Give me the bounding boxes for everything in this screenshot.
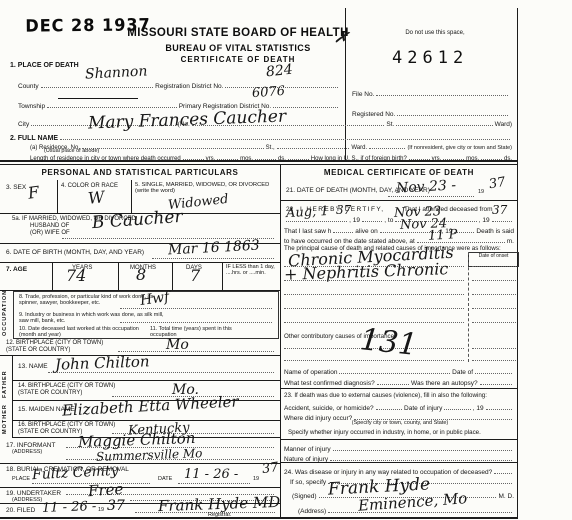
to-19: , 19 — [479, 217, 490, 224]
attended-from-value: Aug, 1 — [286, 205, 329, 220]
date-of-onset-box: Date of onset — [468, 252, 519, 267]
row-line-11 — [0, 487, 280, 488]
column-divider-line — [280, 164, 281, 517]
age-div-3 — [172, 262, 173, 290]
ls-year-blank — [454, 225, 474, 233]
operation-blank — [339, 366, 450, 374]
burial-place-value: Fultz Cemty — [32, 464, 119, 483]
r-row-line-3 — [280, 439, 518, 440]
nature-blank — [330, 453, 512, 461]
contrib-onset-line-1 — [472, 348, 516, 349]
section-rule-2 — [0, 164, 518, 165]
occupation-related-label: 24. Was disease or injury in any way rel… — [284, 469, 492, 476]
dob-label: 6. DATE OF BIRTH (MONTH, DAY, AND YEAR) — [6, 249, 144, 256]
row-line-3 — [0, 262, 280, 263]
residence-ward-label: Ward. — [351, 145, 367, 151]
autopsy-label: Was there an autopsy? — [411, 380, 478, 387]
township-crossed-out-value: –––––––––– — [58, 92, 138, 104]
operation-row: Name of operation Date of — [284, 366, 514, 376]
if-less-note: IF LESS than 1 day, ....hrs. or ....min. — [226, 264, 276, 276]
age-years-value: 74 — [66, 268, 86, 284]
filed-label: 20. FILED — [6, 507, 35, 514]
manner-injury-label: Manner of injury — [284, 446, 331, 453]
birthplace-label: 12. BIRTHPLACE (CITY OR TOWN) (STATE OR … — [6, 340, 103, 354]
registration-district-value: 824 — [265, 63, 293, 80]
occupation-related-blank — [494, 466, 512, 474]
father-vertical-label: FATHER — [2, 358, 8, 398]
occurred-label: to have occurred on the date stated abov… — [284, 238, 415, 245]
onset-line-5 — [472, 322, 516, 323]
registered-no-row: Registered No. — [352, 108, 510, 118]
cause-line-4 — [284, 308, 464, 309]
alive-on-label: alive on — [355, 228, 377, 235]
contrib-line-2 — [284, 360, 464, 361]
sex-label: 3. SEX — [6, 184, 26, 191]
last-saw-row: That I last saw h alive on , 19 Death is… — [284, 225, 514, 235]
burial-date-value: 11 - 26 - — [184, 468, 238, 481]
or-wife-of-label: (OR) WIFE OF — [30, 230, 70, 237]
row-line-6 — [12, 380, 280, 381]
lr-mos-blank — [217, 152, 238, 160]
residence-row: (a) Residence. No. St., Ward. (If nonres… — [30, 141, 512, 151]
m-label: m. — [507, 238, 514, 245]
spouse-name-value: B Caucher — [92, 209, 184, 232]
certificate-subtitle: CERTIFICATE OF DEATH — [122, 55, 354, 64]
injury-year-blank — [486, 402, 512, 410]
hl-ds-label: ds. — [504, 156, 512, 162]
file-no-row: File No. — [352, 88, 510, 98]
occurred-row: to have occurred on the date stated abov… — [284, 235, 514, 245]
onset-line-1 — [472, 266, 516, 267]
hl-mos-blank — [443, 152, 464, 160]
date-of-death-value: Nov 23 - — [396, 178, 457, 195]
date-of-onset-label: Date of onset — [479, 253, 509, 259]
onset-column-line — [468, 252, 469, 362]
injury-date-blank — [444, 402, 470, 410]
attended-to-year-value: 37 — [492, 204, 507, 216]
bureau-subtitle: BUREAU OF VITAL STATISTICS — [122, 43, 354, 53]
onset-line-3 — [472, 294, 516, 295]
dod-year-value: 37 — [488, 176, 507, 192]
total-time-label: 11. Total time (years) spent in this occ… — [150, 326, 245, 338]
hl-yrs-blank — [409, 152, 430, 160]
industry-blank — [120, 322, 272, 323]
time-of-death-value: 11 P — [428, 228, 458, 243]
test-blank — [377, 377, 409, 385]
burial-date-label: DATE — [158, 476, 172, 482]
registered-no-blank — [397, 108, 508, 116]
autopsy-blank — [480, 377, 512, 385]
full-name-value: Mary Frances Caucher — [88, 109, 287, 133]
file-no-blank — [376, 88, 508, 96]
undertaker-address-label: (ADDRESS) — [12, 497, 42, 503]
age-days-value: 7 — [190, 268, 200, 284]
filed-19-label: 19 — [98, 507, 104, 513]
occupation-vertical-label: OCCUPATION — [2, 294, 8, 336]
specify-industry-note: Specify whether injury occurred in indus… — [288, 429, 481, 436]
date-of-label: Date of — [452, 369, 473, 376]
board-title: MISSOURI STATE BOARD OF HEALTH — [122, 27, 354, 39]
age-label: 7. AGE — [6, 266, 27, 273]
registration-district-label: Registration District No. — [155, 83, 223, 90]
medical-certificate-header: MEDICAL CERTIFICATE OF DEATH — [280, 168, 518, 177]
county-row: County Registration District No. — [18, 80, 340, 90]
primary-district-value: 6076 — [252, 85, 286, 100]
filed-date-value: 11 - 26 - — [42, 500, 97, 515]
city-st-blank — [396, 118, 492, 126]
sex-race-divider — [57, 180, 58, 213]
hl-gap — [288, 152, 309, 160]
cause-line-3 — [284, 294, 464, 295]
residence-st-label: St., — [266, 145, 275, 151]
file-no-label: File No. — [352, 91, 374, 98]
registrar-label: Registrar. — [208, 512, 232, 518]
r-row-line-1 — [280, 200, 518, 201]
accident-row: Accident, suicide, or homicide? Date of … — [284, 402, 514, 412]
county-label: County — [18, 83, 39, 90]
last-worked-label: 10. Date deceased last worked at this oc… — [19, 326, 141, 338]
to-label: , to — [384, 217, 393, 224]
clerk-mark: ✗ — [333, 29, 350, 48]
burial-year-value: 37 — [261, 461, 279, 476]
father-birthplace-label: 14. BIRTHPLACE (CITY OR TOWN) (STATE OR … — [18, 383, 115, 397]
burial-place-label: PLACE — [12, 476, 30, 482]
last-saw-label: That I last saw h — [284, 228, 331, 235]
burial-19-label: 19 — [253, 476, 259, 482]
county-value: Shannon — [85, 64, 148, 81]
operation-date-blank — [475, 366, 512, 374]
last-saw-blank1 — [333, 225, 353, 233]
informant-address-value: Summersville Mo — [96, 447, 203, 463]
informant-address-label: (ADDRESS) — [12, 449, 42, 455]
township-label: Township — [18, 103, 45, 110]
place-of-death-title: 1. PLACE OF DEATH — [10, 62, 79, 70]
city-label: City — [18, 121, 29, 128]
lr-ds-blank — [255, 152, 276, 160]
diagnosis-row: What test confirmed diagnosis? Was there… — [284, 377, 514, 387]
specify-city-note: (Specify city or town, county, and State… — [300, 420, 500, 426]
dod-19-label: 19 — [478, 189, 484, 195]
hl-ds-blank — [481, 152, 502, 160]
certificate-number: 42612 — [392, 48, 468, 68]
undertaker-value: Free — [88, 482, 124, 499]
onset-line-4 — [472, 308, 516, 309]
mother-vertical-label: MOTHER — [2, 404, 8, 434]
father-name-label: 13. NAME — [18, 363, 48, 370]
lr-ds-label: ds. — [278, 156, 286, 162]
marital-label: 5. SINGLE, MARRIED, WIDOWED, OR DIVORCED… — [135, 182, 275, 195]
age-div-2 — [118, 262, 119, 290]
city-st-label: St. — [386, 121, 394, 128]
husband-of-label: HUSBAND OF — [30, 223, 69, 230]
accident-blank — [376, 402, 402, 410]
do-not-use-note: Do not use this space, — [360, 30, 510, 37]
row-line-8 — [12, 420, 280, 421]
onset-line-2 — [472, 280, 516, 281]
signed-label: (Signed) — [292, 493, 317, 500]
maiden-name-value: Elizabeth Etta Wheeler — [62, 394, 239, 418]
hl-mos-label: mos. — [466, 156, 479, 162]
age-months-value: 8 — [136, 267, 146, 283]
birthplace-value: Mo — [166, 338, 189, 352]
burial-date-blank — [178, 483, 250, 484]
length-residence-row: Length of residence in city or town wher… — [30, 152, 512, 162]
dob-value: Mar 16 1863 — [168, 239, 260, 258]
from-year-blank — [362, 214, 382, 222]
occupation-related-row: 24. Was disease or injury in any way rel… — [284, 466, 514, 476]
external-causes-label: 23. If death was due to external causes … — [284, 392, 487, 399]
nonresident-note: (If nonresident, give city or town and S… — [407, 145, 512, 151]
bottom-rule — [0, 517, 518, 519]
personal-particulars-header: PERSONAL AND STATISTICAL PARTICULARS — [0, 168, 280, 177]
manner-blank — [333, 443, 512, 451]
contrib-onset-line-2 — [472, 360, 516, 361]
from-19: , 19 — [349, 217, 360, 224]
age-div-1 — [52, 262, 53, 290]
operation-label: Name of operation — [284, 369, 337, 376]
residence-no-blank — [82, 141, 264, 149]
date-injury-label: Date of injury — [404, 405, 442, 412]
residence-ward-blank — [369, 141, 405, 149]
registered-no-label: Registered No. — [352, 111, 395, 118]
lr-yrs-label: yrs. — [206, 156, 216, 162]
injury-19: , 19 — [473, 405, 484, 412]
father-name-value: John Chilton — [55, 354, 150, 372]
manner-row: Manner of injury — [284, 443, 514, 453]
r-row-line-4 — [280, 462, 518, 463]
sex-value: F — [27, 184, 40, 201]
row-line-10 — [0, 463, 280, 464]
trade-value: Hwf — [139, 290, 170, 308]
lr-mos-label: mos. — [240, 156, 253, 162]
md-label: M. D. — [498, 493, 514, 500]
length-residence-label: Length of residence in city or town wher… — [30, 156, 181, 162]
attended-from-year-value: 37 — [336, 204, 351, 216]
death-certificate-scan: DEC 28 1937 MISSOURI STATE BOARD OF HEAL… — [0, 0, 572, 520]
accident-label: Accident, suicide, or homicide? — [284, 405, 374, 412]
death-said-label: Death is said — [476, 228, 514, 235]
race-marital-divider — [131, 180, 132, 213]
filed-year-value: 37 — [107, 499, 125, 513]
lr-yrs-blank — [183, 152, 204, 160]
how-long-us-label: How long in U. S., if of foreign birth? — [311, 156, 407, 162]
parent-strip-divider — [12, 355, 13, 437]
city-ward-label: Ward) — [495, 121, 512, 128]
test-label: What test confirmed diagnosis? — [284, 380, 375, 387]
hl-yrs-label: yrs. — [432, 156, 442, 162]
race-value: W — [87, 189, 105, 207]
r-row-line-2 — [280, 388, 518, 389]
physician-address-label: (Address) — [298, 508, 326, 515]
residence-st-blank — [277, 141, 350, 149]
age-div-4 — [222, 262, 223, 290]
statistical-code-value: 131 — [359, 325, 419, 361]
where-injury-blank — [354, 412, 512, 420]
full-name-blank — [60, 132, 510, 140]
if-so-label: If so, specify — [290, 479, 326, 486]
